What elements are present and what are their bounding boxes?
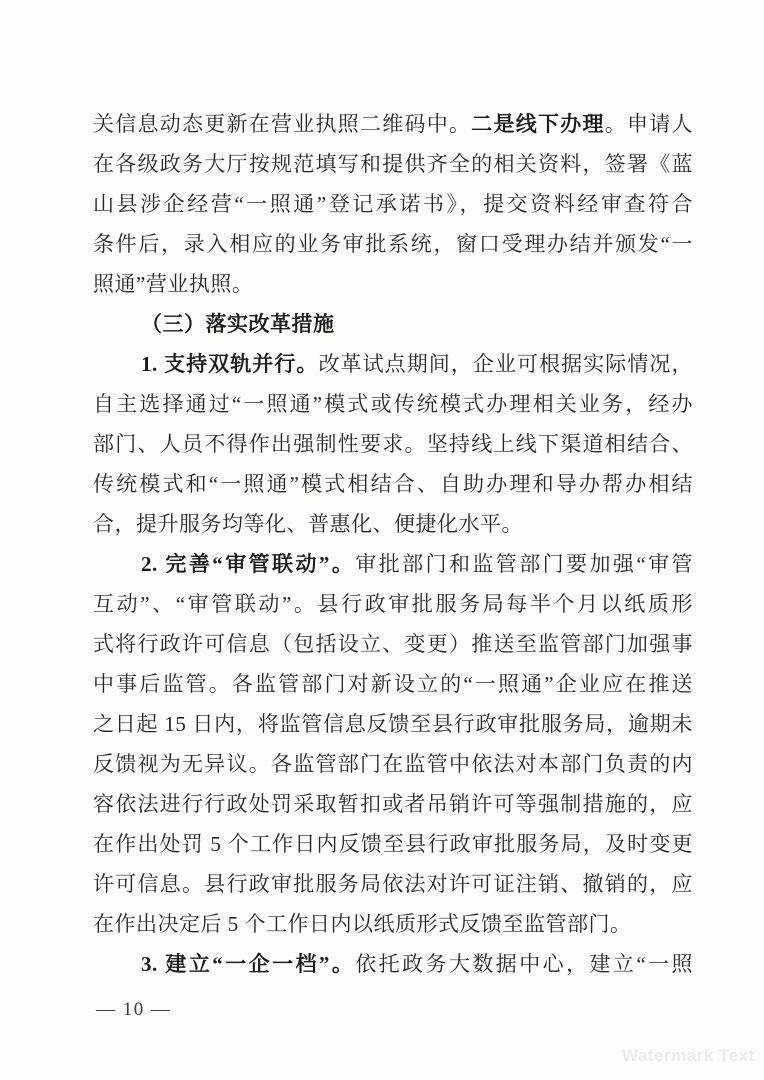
text-line: 在作出决定后 5 个工作日内以纸质形式反馈至监管部门。 bbox=[93, 904, 693, 944]
text-line: 中事后监管。各监管部门对新设立的“一照通”企业应在推送 bbox=[93, 664, 693, 704]
body-text: 互动”、“审管联动”。县行政审批服务局每半个月以纸质形 bbox=[93, 592, 693, 616]
text-line: 许可信息。县行政审批服务局依法对许可证注销、撤销的，应 bbox=[93, 864, 693, 904]
text-line: 互动”、“审管联动”。县行政审批服务局每半个月以纸质形 bbox=[93, 584, 693, 624]
body-text: 。申请人 bbox=[605, 112, 693, 136]
text-line: 自主选择通过“一照通”模式或传统模式办理相关业务，经办 bbox=[93, 384, 693, 424]
text-line: 反馈视为无异议。各监管部门在监管中依法对本部门负责的内 bbox=[93, 744, 693, 784]
body-text: 改革试点期间，企业可根据实际情况， bbox=[319, 352, 694, 376]
text-line: 之日起 15 日内，将监管信息反馈至县行政审批服务局，逾期未 bbox=[93, 704, 693, 744]
text-line: 容依法进行行政处罚采取暂扣或者吊销许可等强制措施的，应 bbox=[93, 784, 693, 824]
emphasis-text: （三）落实改革措施 bbox=[141, 312, 335, 336]
body-text: 在作出决定后 5 个工作日内以纸质形式反馈至监管部门。 bbox=[93, 912, 632, 936]
body-text: 自主选择通过“一照通”模式或传统模式办理相关业务，经办 bbox=[93, 392, 693, 416]
body-text: 合，提升服务均等化、普惠化、便捷化水平。 bbox=[93, 512, 523, 536]
section-heading: （三）落实改革措施 bbox=[93, 304, 693, 344]
body-text: 反馈视为无异议。各监管部门在监管中依法对本部门负责的内 bbox=[93, 752, 693, 776]
body-text: 许可信息。县行政审批服务局依法对许可证注销、撤销的，应 bbox=[93, 872, 693, 896]
body-text: 式将行政许可信息（包括设立、变更）推送至监管部门加强事 bbox=[93, 632, 693, 656]
text-line: 3. 建立“一企一档”。依托政务大数据中心，建立“一照 bbox=[93, 944, 693, 984]
body-text: 部门、人员不得作出强制性要求。坚持线上线下渠道相结合、 bbox=[93, 432, 693, 456]
body-text: 之日起 15 日内，将监管信息反馈至县行政审批服务局，逾期未 bbox=[93, 712, 693, 736]
body-text: 在作出处罚 5 个工作日内反馈至县行政审批服务局，及时变更 bbox=[93, 832, 693, 856]
text-line: 山县涉企经营“一照通”登记承诺书》，提交资料经审查符合 bbox=[93, 184, 693, 224]
text-line: 传统模式和“一照通”模式相结合、自助办理和导办帮办相结 bbox=[93, 464, 693, 504]
text-line: 在各级政务大厅按规范填写和提供齐全的相关资料，签署《蓝 bbox=[93, 144, 693, 184]
text-line: 照通”营业执照。 bbox=[93, 264, 693, 304]
text-line: 在作出处罚 5 个工作日内反馈至县行政审批服务局，及时变更 bbox=[93, 824, 693, 864]
emphasis-text: 2. 完善“审管联动”。 bbox=[141, 552, 355, 576]
text-line: 合，提升服务均等化、普惠化、便捷化水平。 bbox=[93, 504, 693, 544]
text-line: 2. 完善“审管联动”。审批部门和监管部门要加强“审管 bbox=[93, 544, 693, 584]
body-text: 山县涉企经营“一照通”登记承诺书》，提交资料经审查符合 bbox=[93, 192, 693, 216]
body-text: 在各级政务大厅按规范填写和提供齐全的相关资料，签署《蓝 bbox=[93, 152, 693, 176]
body-text: 传统模式和“一照通”模式相结合、自助办理和导办帮办相结 bbox=[93, 472, 693, 496]
emphasis-text: 3. 建立“一企一档”。 bbox=[141, 952, 355, 976]
text-line: 1. 支持双轨并行。改革试点期间，企业可根据实际情况， bbox=[93, 344, 693, 384]
body-text: 关信息动态更新在营业执照二维码中。 bbox=[93, 112, 471, 136]
body-text: 条件后，录入相应的业务审批系统，窗口受理办结并颁发“一 bbox=[93, 232, 693, 256]
body-text: 照通”营业执照。 bbox=[93, 272, 253, 296]
text-line: 部门、人员不得作出强制性要求。坚持线上线下渠道相结合、 bbox=[93, 424, 693, 464]
text-line: 条件后，录入相应的业务审批系统，窗口受理办结并颁发“一 bbox=[93, 224, 693, 264]
emphasis-text: 二是线下办理 bbox=[471, 112, 605, 136]
body-text: 依托政务大数据中心，建立“一照 bbox=[355, 952, 693, 976]
watermark-text: Watermark Text bbox=[622, 1046, 755, 1066]
body-text: 审批部门和监管部门要加强“审管 bbox=[355, 552, 693, 576]
text-line: 式将行政许可信息（包括设立、变更）推送至监管部门加强事 bbox=[93, 624, 693, 664]
body-text: 中事后监管。各监管部门对新设立的“一照通”企业应在推送 bbox=[93, 672, 693, 696]
document-page: 关信息动态更新在营业执照二维码中。二是线下办理。申请人在各级政务大厅按规范填写和… bbox=[0, 0, 764, 1080]
emphasis-text: 1. 支持双轨并行。 bbox=[141, 352, 319, 376]
body-text: 容依法进行行政处罚采取暂扣或者吊销许可等强制措施的，应 bbox=[93, 792, 693, 816]
document-body: 关信息动态更新在营业执照二维码中。二是线下办理。申请人在各级政务大厅按规范填写和… bbox=[93, 104, 693, 984]
text-line: 关信息动态更新在营业执照二维码中。二是线下办理。申请人 bbox=[93, 104, 693, 144]
page-number: — 10 — bbox=[96, 996, 172, 1024]
